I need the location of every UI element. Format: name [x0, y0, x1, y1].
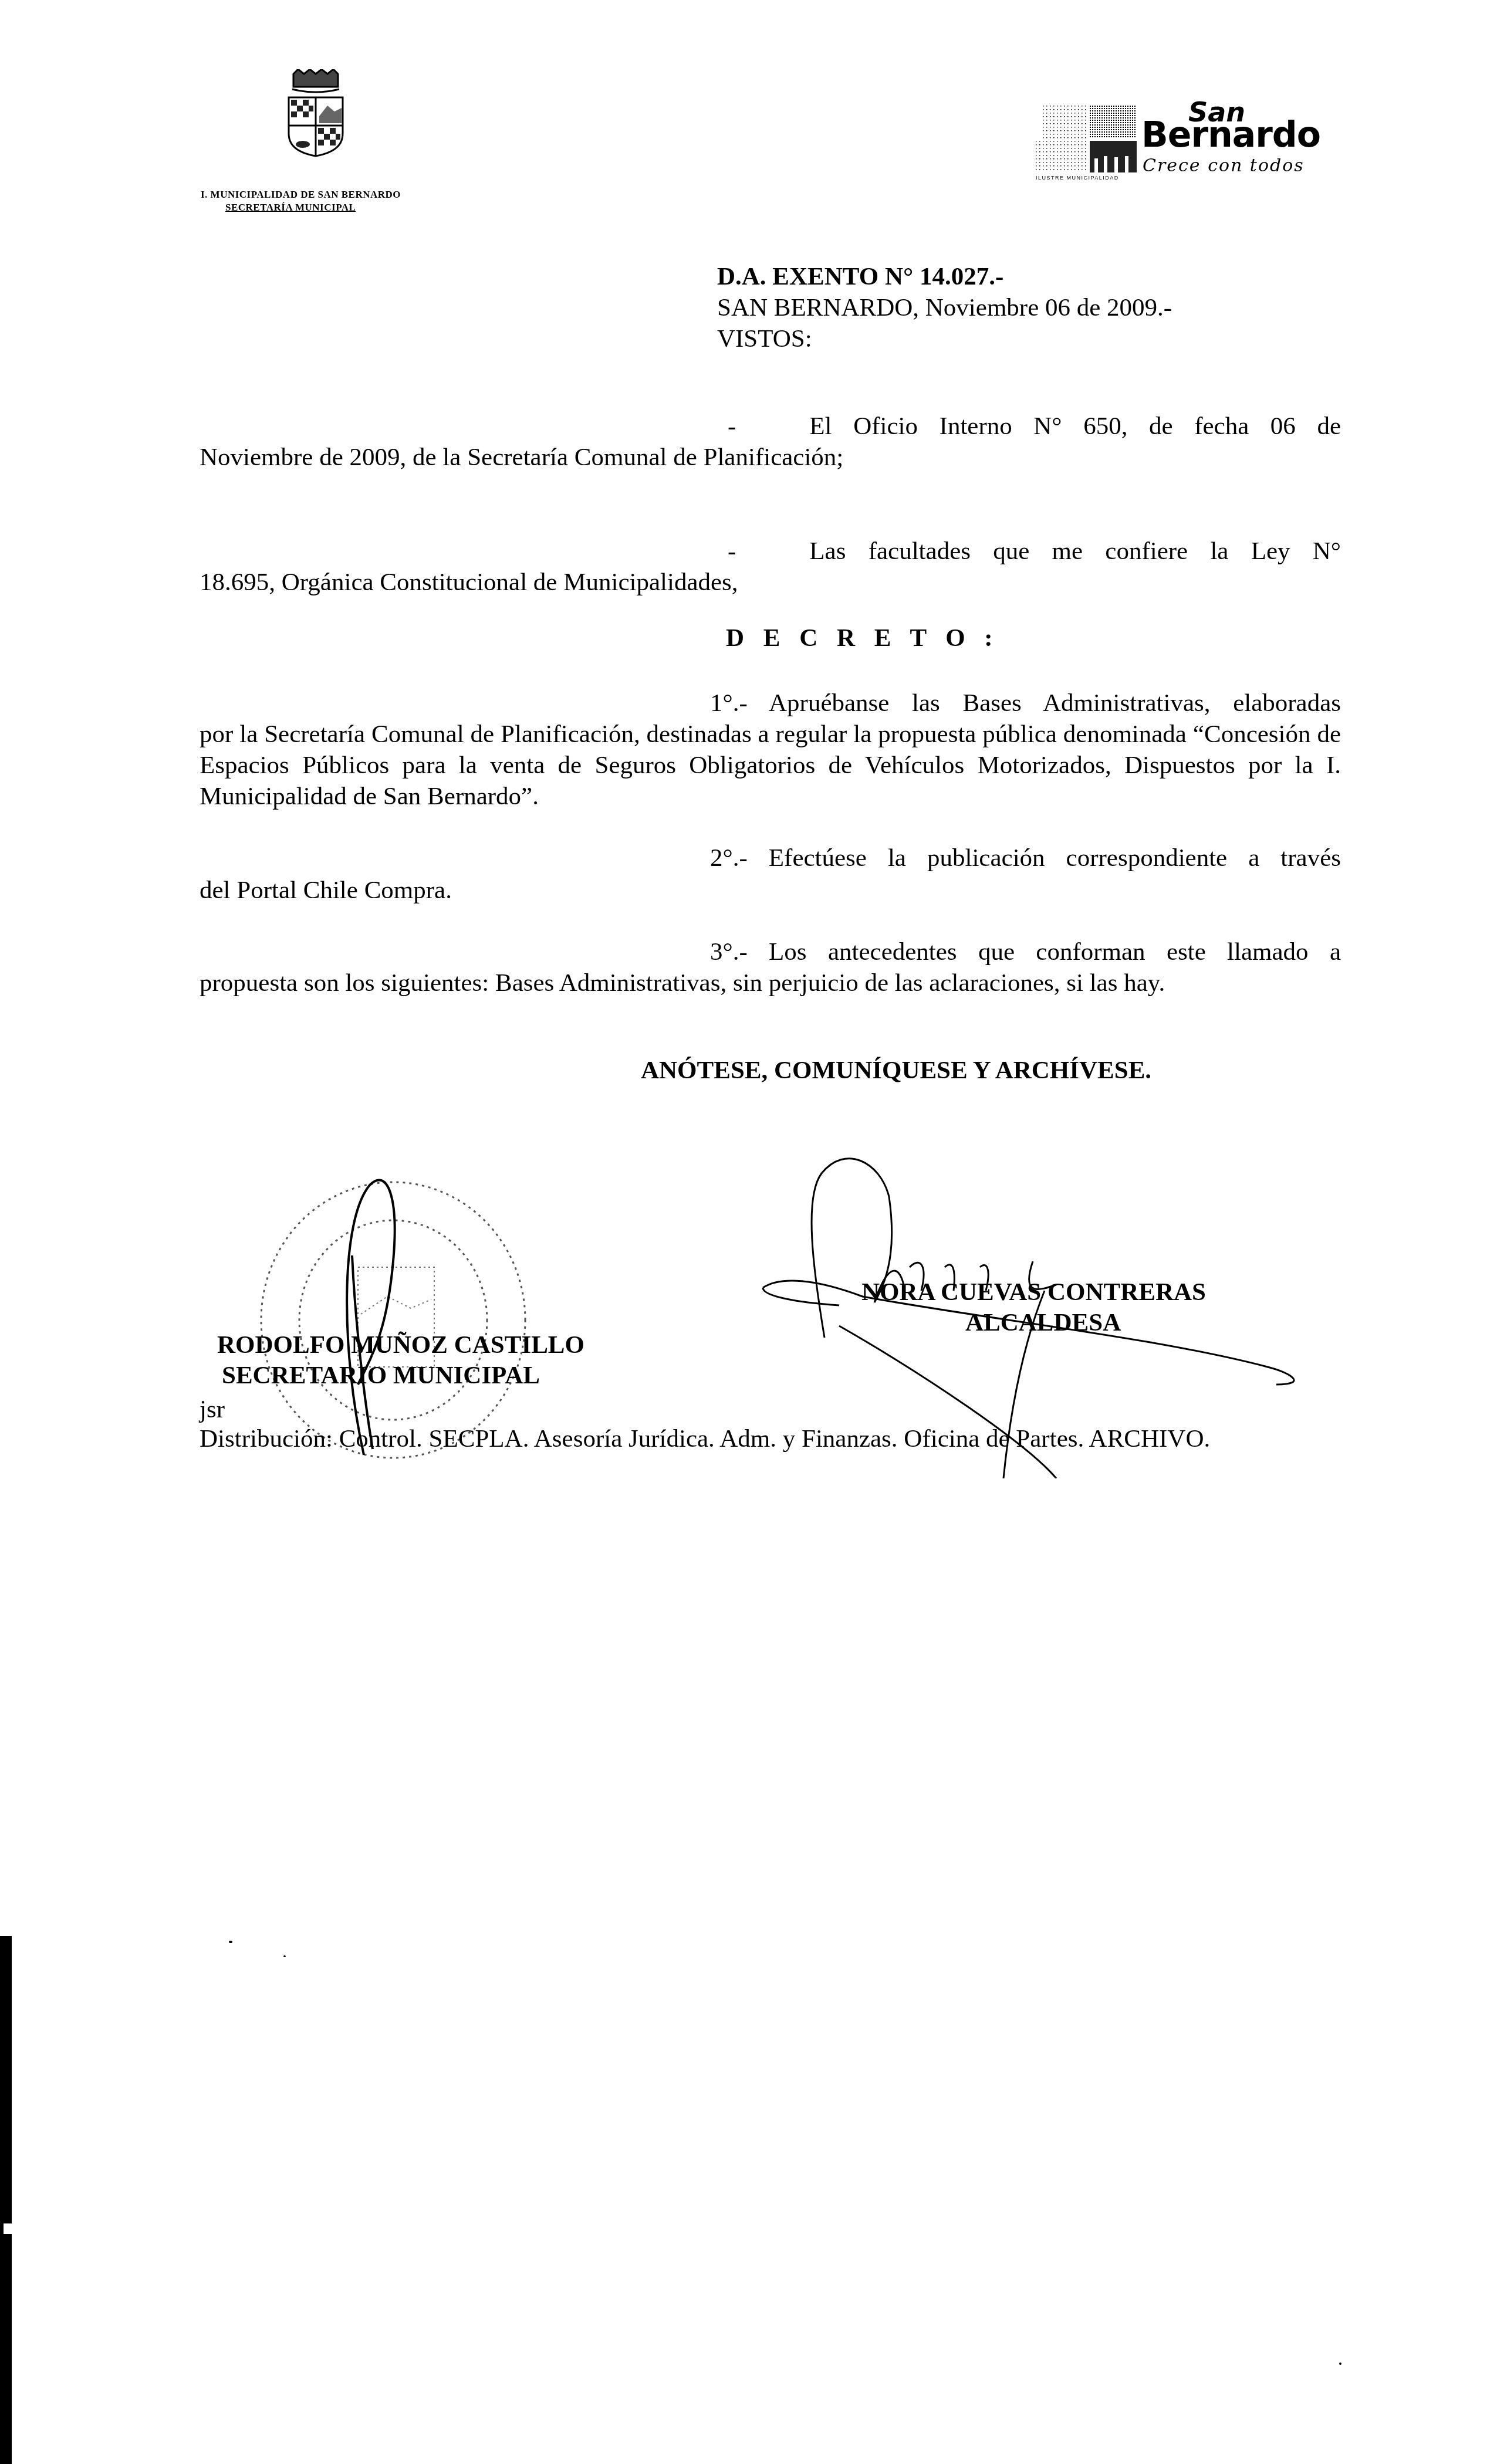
article-number: 2°.-	[710, 844, 748, 872]
coat-of-arms-icon	[286, 69, 345, 157]
alcaldesa-title: ALCALDESA	[965, 1308, 1121, 1337]
vistos-item-text: 18.695, Orgánica Constitucional de Munic…	[200, 568, 738, 596]
vistos-label: VISTOS:	[717, 324, 812, 353]
bullet-dash: -	[728, 537, 736, 565]
article-1: 1°.- Apruébanse las Bases Administrativa…	[200, 688, 1341, 812]
typist-initials: jsr	[200, 1395, 225, 1424]
closing-formula: ANÓTESE, COMUNÍQUESE Y ARCHÍVESE.	[641, 1056, 1151, 1085]
secretario-name: RODOLFO MUÑOZ CASTILLO	[217, 1331, 584, 1359]
logo-caption: ILUSTRE MUNICIPALIDAD	[1036, 175, 1119, 181]
vistos-item-first-line: Las facultades que me confiere la Ley N°	[809, 537, 1341, 565]
logo-slogan: Crece con todos	[1143, 157, 1305, 175]
scan-edge-border	[0, 1936, 12, 2464]
scan-speck	[283, 1955, 286, 1957]
article-text: propuesta son los siguientes: Bases Admi…	[200, 969, 1165, 997]
signature-secretario	[329, 1173, 423, 1461]
decreto-heading: D E C R E T O :	[726, 624, 999, 652]
vistos-item: -Las facultades que me confiere la Ley N…	[200, 536, 1341, 598]
municipality-name: I. MUNICIPALIDAD DE SAN BERNARDO	[201, 189, 401, 201]
article-text: por la Secretaría Comunal de Planificaci…	[200, 720, 1341, 810]
scan-edge-notch	[4, 2223, 14, 2234]
san-bernardo-logo: ILUSTRE MUNICIPALIDAD San Bernardo Crece…	[1036, 106, 1329, 194]
logo-graphic-icon	[1036, 106, 1141, 172]
logo-text-bernardo: Bernardo	[1141, 117, 1320, 153]
place-date: SAN BERNARDO, Noviembre 06 de 2009.-	[717, 293, 1172, 322]
vistos-item-text: Noviembre de 2009, de la Secretaría Comu…	[200, 444, 843, 471]
scan-speck	[1339, 2363, 1341, 2365]
distribution-list: Distribución: Control. SECPLA. Asesoría …	[200, 1424, 1210, 1453]
scan-speck	[229, 1941, 232, 1943]
alcaldesa-name: NORA CUEVAS CONTRERAS	[861, 1278, 1206, 1307]
department-name: SECRETARÍA MUNICIPAL	[225, 202, 356, 214]
article-number: 1°.-	[710, 689, 748, 717]
secretario-title: SECRETARIO MUNICIPAL	[222, 1361, 540, 1390]
vistos-item-first-line: El Oficio Interno N° 650, de fecha 06 de	[809, 412, 1341, 440]
bullet-dash: -	[728, 412, 736, 440]
vistos-item: -El Oficio Interno N° 650, de fecha 06 d…	[200, 411, 1341, 473]
article-2: 2°.- Efectúese la publicación correspond…	[200, 842, 1341, 906]
article-3: 3°.- Los antecedentes que conforman este…	[200, 936, 1341, 999]
article-number: 3°.-	[710, 938, 748, 966]
decree-number: D.A. EXENTO N° 14.027.-	[717, 262, 1003, 291]
article-text: del Portal Chile Compra.	[200, 875, 1341, 906]
